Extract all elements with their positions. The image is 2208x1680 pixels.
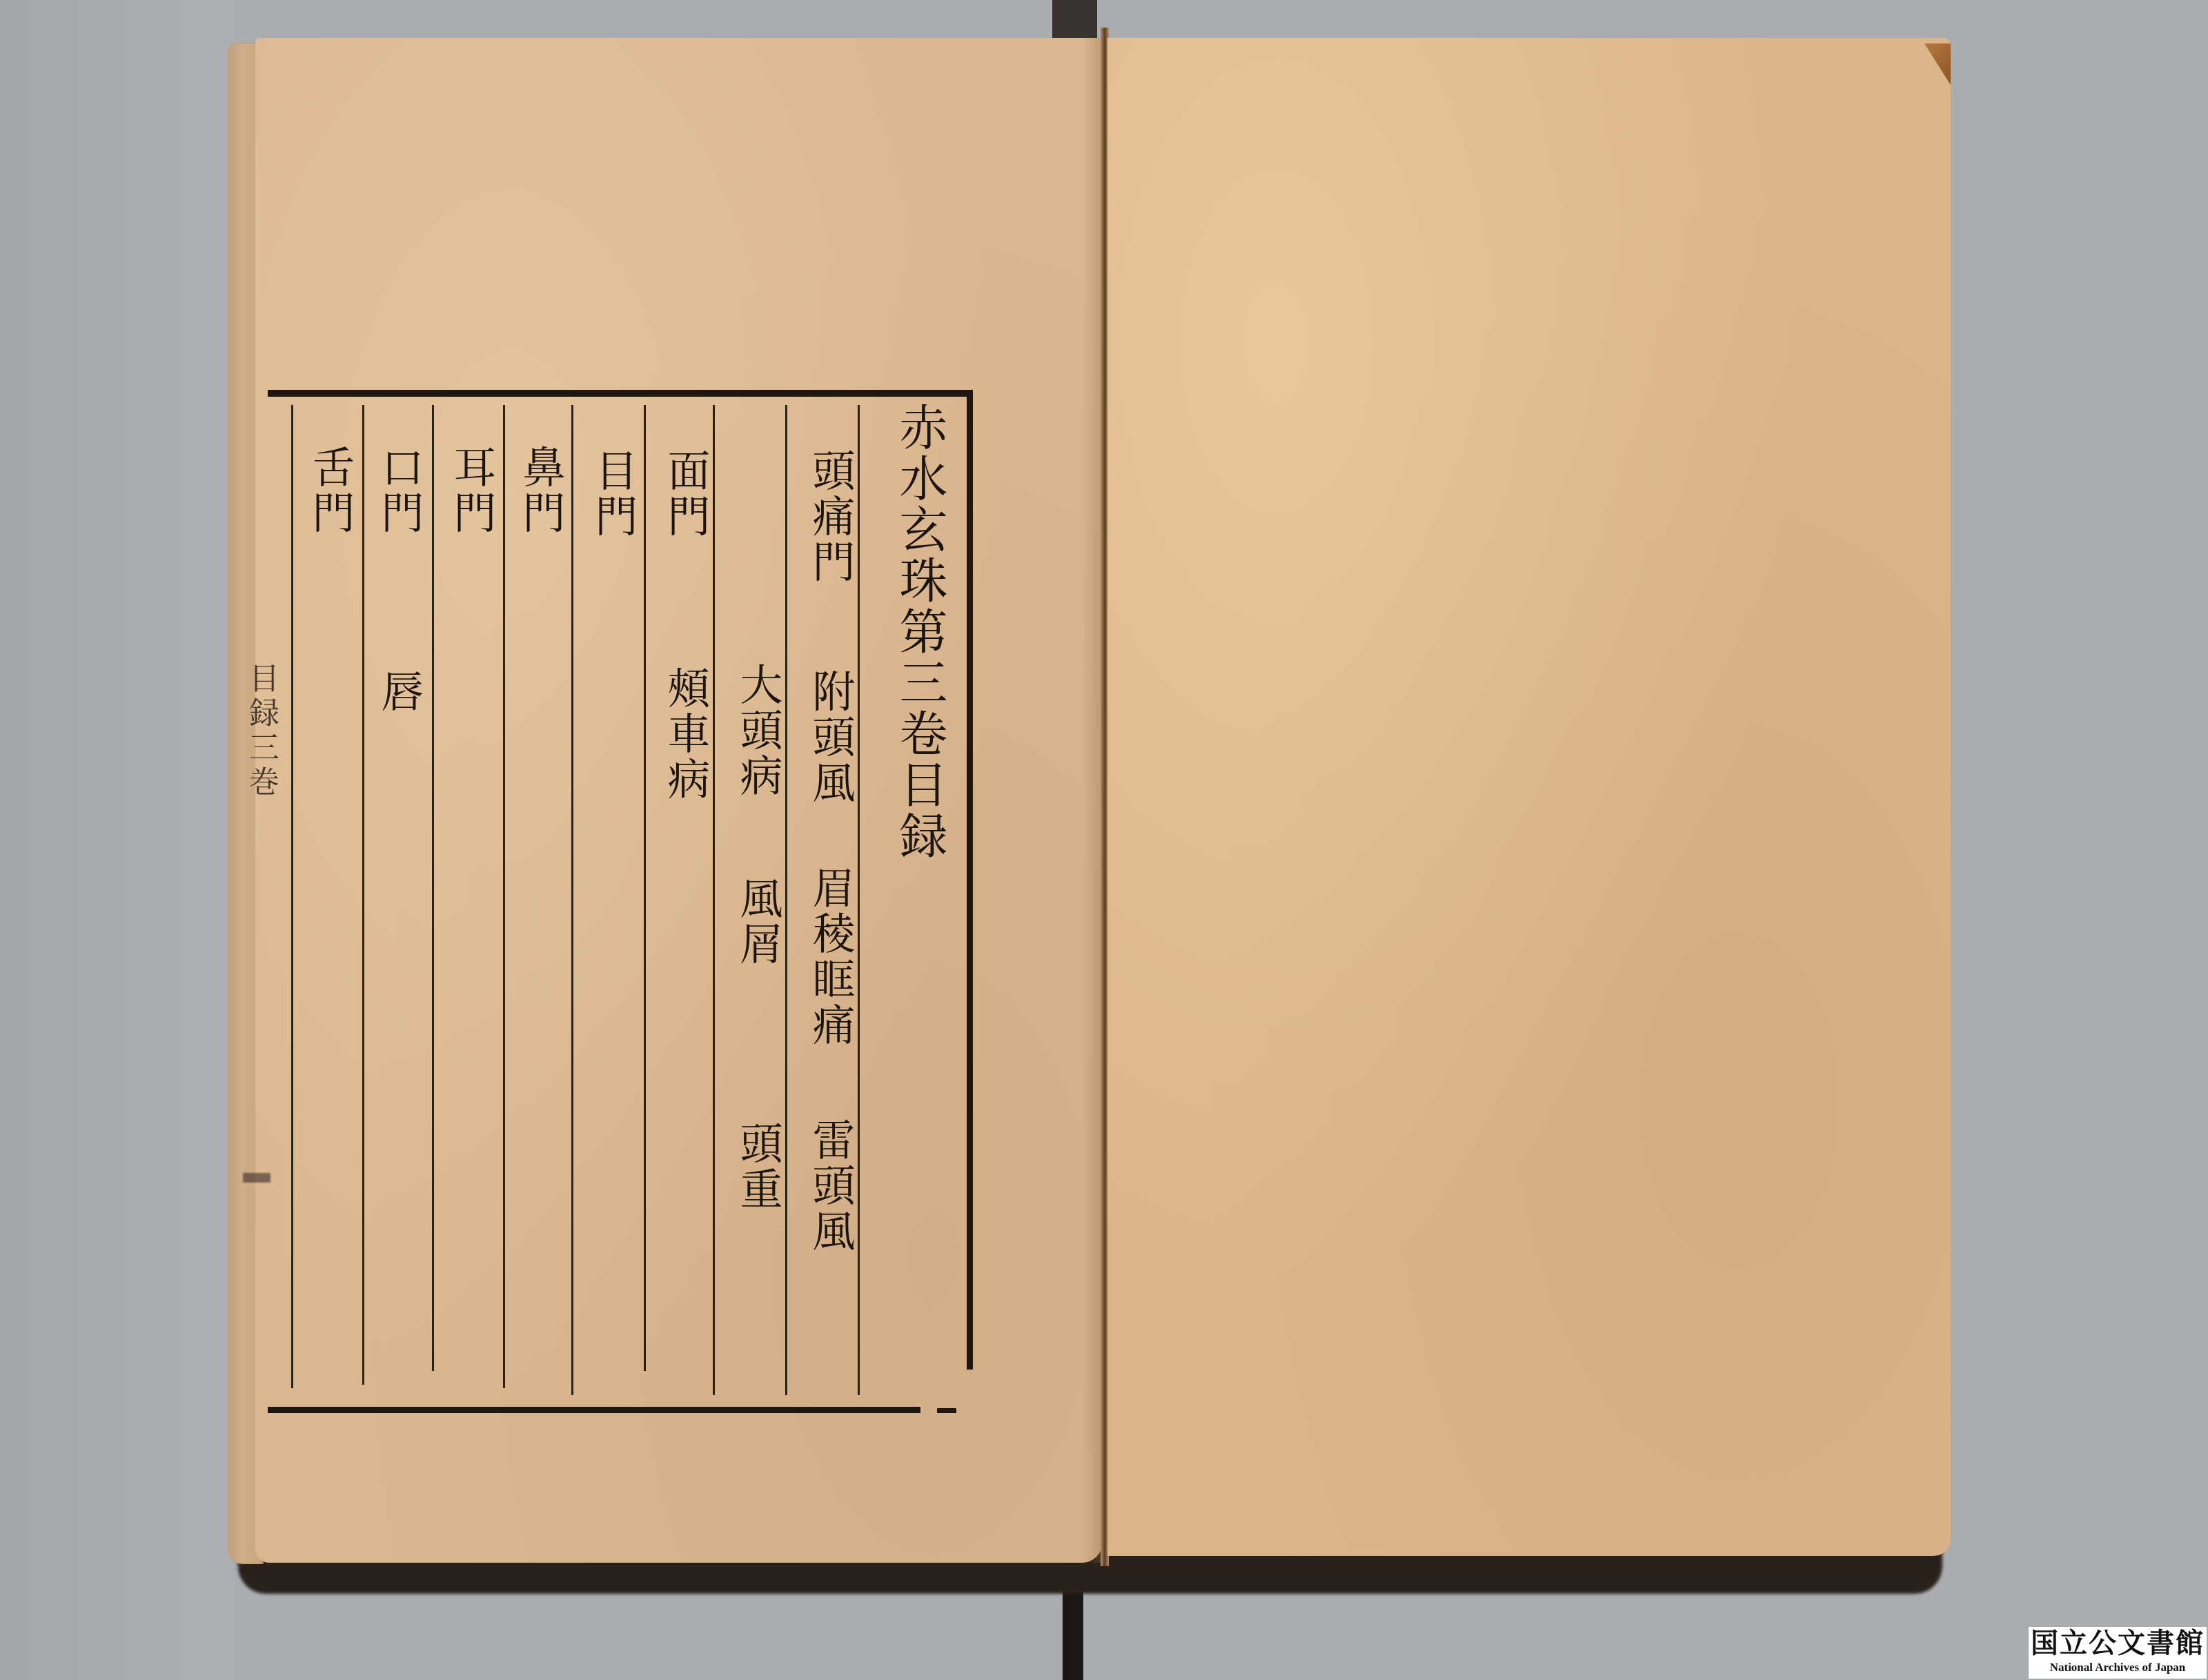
frame-top-border xyxy=(268,390,973,397)
logo-english: National Archives of Japan xyxy=(2029,1660,2207,1675)
toc-entry: 眉稜眶痛 xyxy=(802,866,858,1048)
logo-japanese: 国立公文書館 xyxy=(2029,1627,2207,1660)
column-rule xyxy=(644,405,646,1371)
column-rule xyxy=(291,405,293,1388)
binding-top xyxy=(1052,0,1097,41)
toc-frame: 赤水玄珠第三卷目録 頭痛門 附頭風 眉稜眶痛 雷頭風 大頭病 風屑 頭重 面門 … xyxy=(268,390,972,1413)
toc-entry: 大頭病 xyxy=(730,662,785,799)
column-rule xyxy=(571,405,573,1395)
fold-mark xyxy=(243,1173,270,1183)
toc-entry: 附頭風 xyxy=(802,669,858,806)
toc-heading: 面門 xyxy=(658,448,713,540)
column-rule xyxy=(432,405,434,1371)
frame-right-border xyxy=(967,390,973,1370)
background-left xyxy=(0,0,235,1680)
column-rule xyxy=(362,405,364,1385)
toc-entry: 雷頭風 xyxy=(802,1118,858,1254)
column-rule xyxy=(785,405,787,1395)
archive-logo: 国立公文書館 National Archives of Japan xyxy=(2029,1627,2207,1679)
toc-heading: 耳門 xyxy=(444,445,499,536)
toc-entry: 風屑 xyxy=(730,876,785,967)
column-rule xyxy=(503,405,505,1388)
column-rule xyxy=(858,405,860,1395)
page-corner-worn xyxy=(1924,43,1951,85)
left-page-fold-shade xyxy=(1082,38,1103,1563)
toc-entry: 頰車病 xyxy=(658,666,713,802)
right-page-blank xyxy=(1107,38,1951,1556)
frame-bottom-tick xyxy=(937,1408,956,1413)
toc-entry: 唇 xyxy=(371,669,426,715)
toc-heading: 頭痛門 xyxy=(802,448,858,585)
frame-bottom-border xyxy=(268,1407,920,1413)
toc-heading: 目門 xyxy=(585,448,640,540)
column-rule xyxy=(713,405,715,1395)
toc-heading: 口門 xyxy=(371,445,426,536)
toc-entry: 頭重 xyxy=(730,1121,785,1212)
toc-heading: 舌門 xyxy=(302,445,357,536)
toc-heading: 鼻門 xyxy=(513,445,568,536)
toc-title: 赤水玄珠第三卷目録 xyxy=(892,402,947,862)
